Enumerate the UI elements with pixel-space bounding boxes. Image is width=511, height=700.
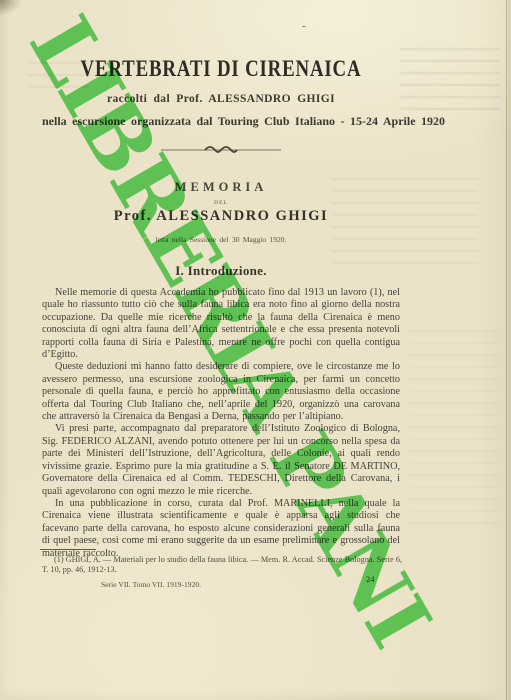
footnote-rule bbox=[40, 549, 96, 550]
document-title: VERTEBRATI DI CIRENAICA bbox=[74, 56, 368, 82]
series-footer: Serie VII. Tomo VII. 1919-1920. bbox=[101, 580, 201, 589]
session-note: letta nella Sessione del 30 Maggio 1920. bbox=[42, 235, 400, 244]
page-edge-line bbox=[506, 0, 507, 700]
paragraph: Vi presi parte, accompagnato dal prepara… bbox=[42, 423, 400, 497]
stray-dash-mark: - bbox=[302, 20, 306, 32]
section-heading: I. Introduzione. bbox=[42, 263, 400, 279]
bleedthrough-artifact bbox=[410, 330, 498, 530]
scanned-page: - VERTEBRATI DI CIRENAICA raccolti dal P… bbox=[0, 0, 511, 700]
author-name: Prof. ALESSANDRO GHIGI bbox=[42, 208, 400, 225]
paragraph: In una pubblicazione in corso, curata da… bbox=[42, 498, 400, 560]
paragraph: Nelle memorie di questa Accademia ho pub… bbox=[42, 287, 400, 361]
excursion-line: nella escursione organizzata dal Touring… bbox=[42, 114, 400, 129]
footnote: (1) GHIGI, A. — Materiali per lo studio … bbox=[42, 555, 402, 575]
divider-ornament bbox=[161, 142, 281, 154]
bleedthrough-artifact bbox=[400, 48, 500, 112]
memoria-label: MEMORIA bbox=[42, 180, 400, 195]
body-text: Nelle memorie di questa Accademia ho pub… bbox=[42, 287, 400, 560]
page-number: 24 bbox=[366, 574, 375, 584]
document-subtitle: raccolti dal Prof. ALESSANDRO GHIGI bbox=[42, 93, 400, 105]
paragraph: Queste deduzioni mi hanno fatto desidera… bbox=[42, 361, 400, 423]
del-label: DEL bbox=[42, 200, 400, 206]
page-edge-highlight bbox=[508, 0, 510, 700]
